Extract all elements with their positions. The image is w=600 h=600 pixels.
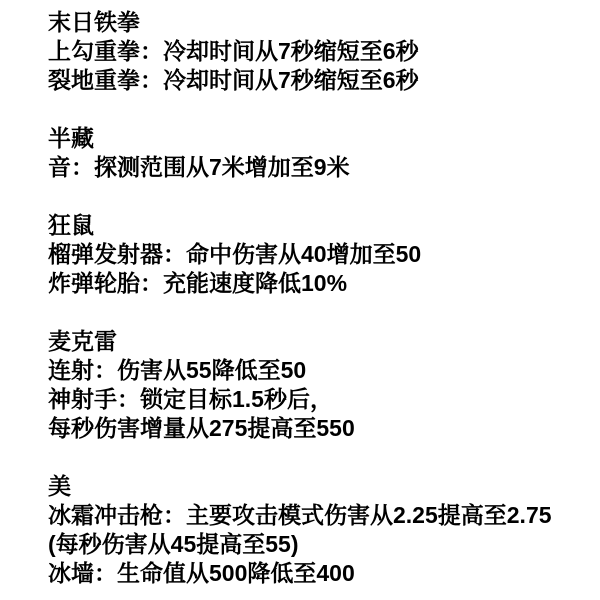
hero-section-hanzo: 半藏 音：探测范围从7米增加至9米 [48,124,580,182]
hero-name: 麦克雷 [48,327,580,356]
hero-section-junkrat: 狂鼠 榴弹发射器：命中伤害从40增加至50 炸弹轮胎：充能速度降低10% [48,211,580,298]
change-line: (每秒伤害从45提高至55) [48,530,580,559]
change-line: 裂地重拳：冷却时间从7秒缩短至6秒 [48,66,580,95]
hero-name: 狂鼠 [48,211,580,240]
change-line: 榴弹发射器：命中伤害从40增加至50 [48,240,580,269]
hero-name: 末日铁拳 [48,8,580,37]
change-line: 每秒伤害增量从275提高至550 [48,414,580,443]
change-line: 上勾重拳：冷却时间从7秒缩短至6秒 [48,37,580,66]
change-line: 音：探测范围从7米增加至9米 [48,153,580,182]
hero-name: 美 [48,472,580,501]
hero-name: 半藏 [48,124,580,153]
hero-section-mccree: 麦克雷 连射：伤害从55降低至50 神射手：锁定目标1.5秒后， 每秒伤害增量从… [48,327,580,443]
hero-section-doomfist: 末日铁拳 上勾重拳：冷却时间从7秒缩短至6秒 裂地重拳：冷却时间从7秒缩短至6秒 [48,8,580,95]
change-line: 连射：伤害从55降低至50 [48,356,580,385]
patch-notes-page: 末日铁拳 上勾重拳：冷却时间从7秒缩短至6秒 裂地重拳：冷却时间从7秒缩短至6秒… [0,0,600,600]
change-line: 冰霜冲击枪：主要攻击模式伤害从2.25提高至2.75 [48,501,580,530]
change-line: 冰墙：生命值从500降低至400 [48,559,580,588]
change-line: 炸弹轮胎：充能速度降低10% [48,269,580,298]
hero-section-mei: 美 冰霜冲击枪：主要攻击模式伤害从2.25提高至2.75 (每秒伤害从45提高至… [48,472,580,588]
change-line: 神射手：锁定目标1.5秒后， [48,385,580,414]
